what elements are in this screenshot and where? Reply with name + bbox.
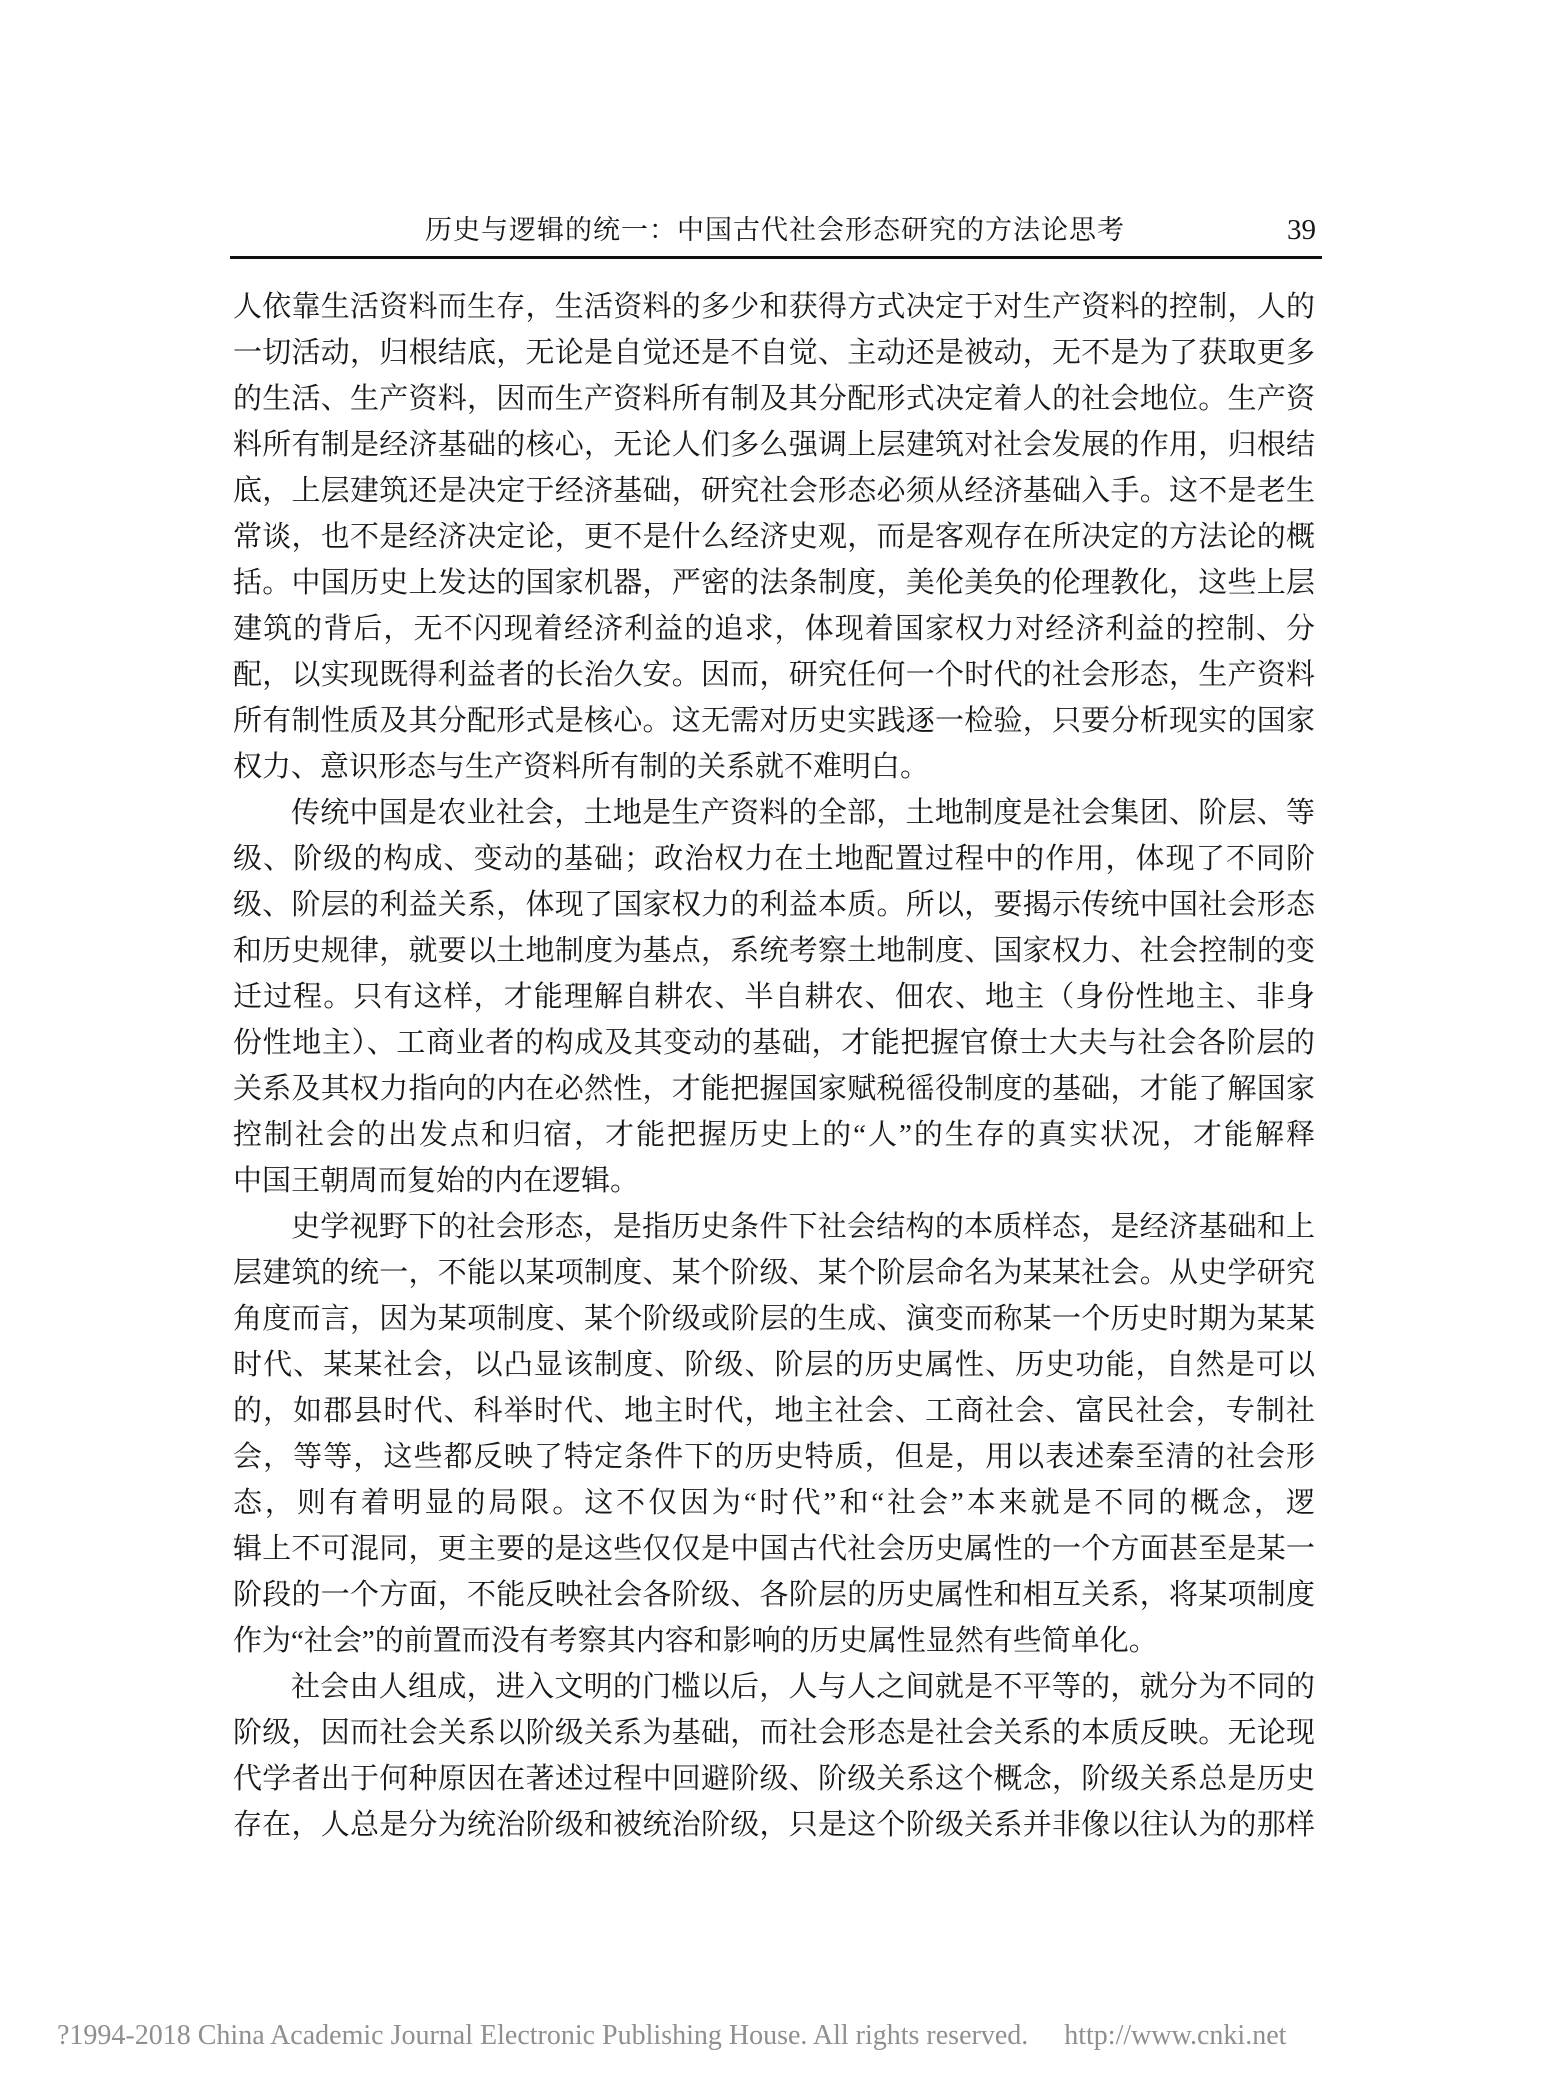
body-line: 关系及其权力指向的内在必然性，才能把握国家赋税徭役制度的基础，才能了解国家 <box>233 1066 1315 1112</box>
body-line: 权力、意识形态与生产资料所有制的关系就不难明白。 <box>233 744 1315 790</box>
body-line: 料所有制是经济基础的核心，无论人们多么强调上层建筑对社会发展的作用，归根结 <box>233 422 1315 468</box>
body-line: 辑上不可混同，更主要的是这些仅仅是中国古代社会历史属性的一个方面甚至是某一 <box>233 1526 1315 1572</box>
running-head-title: 历史与逻辑的统一：中国古代社会形态研究的方法论思考 <box>232 208 1318 252</box>
document-page: 历史与逻辑的统一：中国古代社会形态研究的方法论思考 39 人依靠生活资料而生存，… <box>0 0 1544 2095</box>
body-line: 常谈，也不是经济决定论，更不是什么经济史观，而是客观存在所决定的方法论的概 <box>233 514 1315 560</box>
body-text: 人依靠生活资料而生存，生活资料的多少和获得方式决定于对生产资料的控制，人的一切活… <box>233 284 1315 1848</box>
body-line: 级、阶级的构成、变动的基础；政治权力在土地配置过程中的作用，体现了不同阶 <box>233 836 1315 882</box>
body-line: 级、阶层的利益关系，体现了国家权力的利益本质。所以，要揭示传统中国社会形态 <box>233 882 1315 928</box>
body-line: 迁过程。只有这样，才能理解自耕农、半自耕农、佃农、地主（身份性地主、非身 <box>233 974 1315 1020</box>
page-header: 历史与逻辑的统一：中国古代社会形态研究的方法论思考 39 <box>232 208 1318 252</box>
body-line: 和历史规律，就要以土地制度为基点，系统考察土地制度、国家权力、社会控制的变 <box>233 928 1315 974</box>
body-line: 会，等等，这些都反映了特定条件下的历史特质，但是，用以表述秦至清的社会形 <box>233 1434 1315 1480</box>
body-line: 的，如郡县时代、科举时代、地主时代，地主社会、工商社会、富民社会，专制社 <box>233 1388 1315 1434</box>
body-line: 括。中国历史上发达的国家机器，严密的法条制度，美伦美奂的伦理教化，这些上层 <box>233 560 1315 606</box>
body-line: 社会由人组成，进入文明的门槛以后，人与人之间就是不平等的，就分为不同的 <box>233 1664 1315 1710</box>
body-line: 配，以实现既得利益者的长治久安。因而，研究任何一个时代的社会形态，生产资料 <box>233 652 1315 698</box>
body-line: 史学视野下的社会形态，是指历史条件下社会结构的本质样态，是经济基础和上 <box>233 1204 1315 1250</box>
body-line: 角度而言，因为某项制度、某个阶级或阶层的生成、演变而称某一个历史时期为某某 <box>233 1296 1315 1342</box>
paragraph: 史学视野下的社会形态，是指历史条件下社会结构的本质样态，是经济基础和上层建筑的统… <box>233 1204 1315 1664</box>
body-line: 一切活动，归根结底，无论是自觉还是不自觉、主动还是被动，无不是为了获取更多 <box>233 330 1315 376</box>
body-line: 阶级，因而社会关系以阶级关系为基础，而社会形态是社会关系的本质反映。无论现 <box>233 1710 1315 1756</box>
footer-url: http://www.cnki.net <box>1064 2020 1286 2051</box>
body-line: 层建筑的统一，不能以某项制度、某个阶级、某个阶层命名为某某社会。从史学研究 <box>233 1250 1315 1296</box>
body-line: 存在，人总是分为统治阶级和被统治阶级，只是这个阶级关系并非像以往认为的那样 <box>233 1802 1315 1848</box>
page-number: 39 <box>1287 208 1316 252</box>
body-line: 代学者出于何种原因在著述过程中回避阶级、阶级关系这个概念，阶级关系总是历史 <box>233 1756 1315 1802</box>
body-line: 人依靠生活资料而生存，生活资料的多少和获得方式决定于对生产资料的控制，人的 <box>233 284 1315 330</box>
body-line: 中国王朝周而复始的内在逻辑。 <box>233 1158 1315 1204</box>
header-rule <box>230 256 1322 259</box>
body-line: 的生活、生产资料，因而生产资料所有制及其分配形式决定着人的社会地位。生产资 <box>233 376 1315 422</box>
paragraph: 社会由人组成，进入文明的门槛以后，人与人之间就是不平等的，就分为不同的阶级，因而… <box>233 1664 1315 1848</box>
body-line: 态，则有着明显的局限。这不仅因为“时代”和“社会”本来就是不同的概念，逻 <box>233 1480 1315 1526</box>
body-line: 底，上层建筑还是决定于经济基础，研究社会形态必须从经济基础入手。这不是老生 <box>233 468 1315 514</box>
body-line: 控制社会的出发点和归宿，才能把握历史上的“人”的生存的真实状况，才能解释 <box>233 1112 1315 1158</box>
body-line: 建筑的背后，无不闪现着经济利益的追求，体现着国家权力对经济利益的控制、分 <box>233 606 1315 652</box>
body-line: 传统中国是农业社会，土地是生产资料的全部，土地制度是社会集团、阶层、等 <box>233 790 1315 836</box>
body-line: 时代、某某社会，以凸显该制度、阶级、阶层的历史属性、历史功能，自然是可以 <box>233 1342 1315 1388</box>
body-line: 所有制性质及其分配形式是核心。这无需对历史实践逐一检验，只要分析现实的国家 <box>233 698 1315 744</box>
body-line: 阶段的一个方面，不能反映社会各阶级、各阶层的历史属性和相互关系，将某项制度 <box>233 1572 1315 1618</box>
page-footer: ?1994-2018 China Academic Journal Electr… <box>57 2020 1517 2052</box>
paragraph: 传统中国是农业社会，土地是生产资料的全部，土地制度是社会集团、阶层、等级、阶级的… <box>233 790 1315 1204</box>
body-line: 作为“社会”的前置而没有考察其内容和影响的历史属性显然有些简单化。 <box>233 1618 1315 1664</box>
body-line: 份性地主）、工商业者的构成及其变动的基础，才能把握官僚士大夫与社会各阶层的 <box>233 1020 1315 1066</box>
paragraph: 人依靠生活资料而生存，生活资料的多少和获得方式决定于对生产资料的控制，人的一切活… <box>233 284 1315 790</box>
footer-copyright: ?1994-2018 China Academic Journal Electr… <box>57 2020 1028 2051</box>
